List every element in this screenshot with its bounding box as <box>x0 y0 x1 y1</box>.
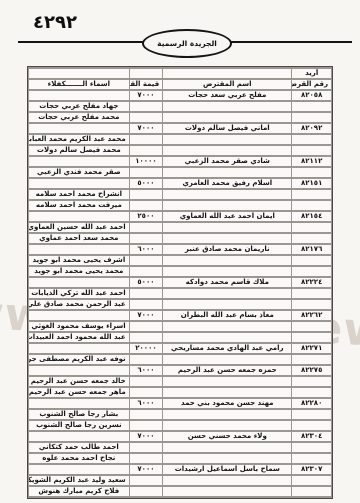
guarantor-row: فلاح كريم مبارك هنوش <box>29 487 331 496</box>
guarantor-name-cell: احمد عبد الله تركي الذيابات <box>29 289 129 298</box>
guarantor-row: احمد طالب حمد كتكاني <box>29 443 331 452</box>
guarantor-name-cell <box>29 157 129 166</box>
loan-amount-cell: ٢٠٠٠٠ <box>130 344 163 353</box>
loan-number-cell <box>292 113 331 122</box>
loan-number-cell <box>292 487 331 496</box>
loan-amount-cell: ٦٠٠٠ <box>130 366 163 375</box>
loan-amount-cell: ٧٠٠٠ <box>130 311 163 320</box>
loan-amount-cell <box>130 146 163 155</box>
guarantor-row: نجاح احمد محمد علوه <box>29 454 331 463</box>
loan-amount-cell <box>130 289 163 298</box>
guarantor-name-cell: صقر محمد فندي الزعبي <box>29 168 129 177</box>
loan-amount-cell <box>130 102 163 111</box>
header-row: رقم القرض اسم المقترض قيمة القرض اسماء ا… <box>29 80 331 89</box>
guarantor-name-cell: عبد الرحمن محمد صادق علي الشرع <box>29 300 129 309</box>
loan-number-cell <box>292 454 331 463</box>
guarantor-name-cell: محمد فيصل سالم دولات <box>29 146 129 155</box>
guarantor-row: عبد الله محمود احمد العبيدات <box>29 333 331 342</box>
gazette-banner-oval: الجريدة الرسمية <box>142 29 232 58</box>
guarantor-row: ماهر جمعه حسن عبد الرحيم <box>29 388 331 397</box>
guarantor-row: محمد فيصل سالم دولات <box>29 146 331 155</box>
borrower-name-cell: ولاء محمد حسني حسن <box>163 432 291 441</box>
loan-number-cell <box>292 190 331 199</box>
guarantor-name-cell: محمد عبد الكريم محمد العبابنه <box>29 135 129 144</box>
guarantor-name-cell: اسراء يوسف محمود الغوثي <box>29 322 129 331</box>
guarantor-row: نسرين رجا صالح الشنوب <box>29 421 331 430</box>
guarantor-name-cell: نوفه عبد الكريم مصطفى جرادات <box>29 355 129 364</box>
loan-amount-cell <box>130 256 163 265</box>
loan-amount-cell <box>130 355 163 364</box>
guarantor-name-cell <box>29 278 129 287</box>
guarantor-row: احمد عبد الله حسين العماوي <box>29 223 331 232</box>
loan-amount-cell <box>130 300 163 309</box>
borrower-name-cell <box>163 300 291 309</box>
borrower-name-cell <box>163 234 291 243</box>
loan-amount-cell <box>130 377 163 386</box>
borrower-name-cell <box>163 190 291 199</box>
corner-label-cell: أريد <box>292 69 331 78</box>
loan-amount-cell <box>130 410 163 419</box>
borrower-name-cell: رامي عبد الهادي محمد مساريحي <box>163 344 291 353</box>
loan-amount-cell <box>130 476 163 485</box>
empty-cell <box>130 69 163 78</box>
loan-number-cell: ٨٢١٥٤ <box>292 212 331 221</box>
loan-number-cell <box>292 146 331 155</box>
guarantor-name-cell: انشراح محمد احمد سلامه <box>29 190 129 199</box>
guarantor-name-cell <box>29 212 129 221</box>
guarantor-name-cell: خالد جمعه حسن عبد الرحيم <box>29 377 129 386</box>
guarantor-name-cell <box>29 179 129 188</box>
guarantor-name-cell: محمد يحيى محمد ابو جويد <box>29 267 129 276</box>
borrower-name-cell: اسلام رفيق محمد العامري <box>163 179 291 188</box>
loan-amount-cell <box>130 267 163 276</box>
loan-number-cell <box>292 289 331 298</box>
guarantor-name-cell <box>29 91 129 100</box>
borrower-name-cell <box>163 168 291 177</box>
loan-number-cell: ٨٢٢٧٥ <box>292 366 331 375</box>
loan-number-cell <box>292 322 331 331</box>
loan-row: ٨٢٢٧١رامي عبد الهادي محمد مساريحي٢٠٠٠٠ <box>29 344 331 353</box>
loan-number-cell <box>292 421 331 430</box>
borrower-name-cell: ناريمان محمد صادق عنبر <box>163 245 291 254</box>
loan-amount-cell <box>130 168 163 177</box>
guarantor-row: بشار رجا صالح الشنوب <box>29 410 331 419</box>
loan-number-cell <box>292 476 331 485</box>
loan-number-cell: ٨٢٢٦٢ <box>292 311 331 320</box>
loan-row: ٨٢٢٢٤ملاك قاسم محمد دوادكه٥٠٠٠ <box>29 278 331 287</box>
loan-amount-cell <box>130 234 163 243</box>
guarantor-row: اسراء يوسف محمود الغوثي <box>29 322 331 331</box>
guarantor-row: عبد الرحمن محمد صادق علي الشرع <box>29 300 331 309</box>
guarantor-name-cell: ميرفت محمد احمد سلامه <box>29 201 129 210</box>
loan-amount-cell <box>130 388 163 397</box>
loan-row: ٨٢٢٦٢معاذ بسام عبد الله البطران٧٠٠٠ <box>29 311 331 320</box>
loan-number-cell: ٨٢٣٠٧ <box>292 465 331 474</box>
borrower-name-cell <box>163 377 291 386</box>
borrower-name-cell <box>163 333 291 342</box>
loan-amount-cell: ٧٠٠٠ <box>130 432 163 441</box>
loan-number-cell <box>292 234 331 243</box>
loans-table: أريد رقم القرض اسم المقترض قيمة القرض اس… <box>27 66 333 499</box>
guarantor-name-cell: بشار رجا صالح الشنوب <box>29 410 129 419</box>
loan-number-cell: ٨٢٢٢٤ <box>292 278 331 287</box>
loan-amount-cell: ٧٠٠٠ <box>130 91 163 100</box>
borrower-name-cell: ملاك قاسم محمد دوادكه <box>163 278 291 287</box>
loan-number-cell <box>292 135 331 144</box>
borrower-name-cell <box>163 476 291 485</box>
guarantor-name-cell: ماهر جمعه حسن عبد الرحيم <box>29 388 129 397</box>
guarantor-row: ميرفت محمد احمد سلامه <box>29 201 331 210</box>
borrower-name-cell <box>163 487 291 496</box>
guarantor-row: محمد سعد احمد عماوي <box>29 234 331 243</box>
guarantor-name-cell <box>29 399 129 408</box>
guarantor-name-cell <box>29 311 129 320</box>
loan-amount-cell: ٥٠٠٠ <box>130 278 163 287</box>
gazette-page: www.sarayanews.com ٤٢٩٢ الجريدة الرسمية … <box>0 0 360 503</box>
empty-cell <box>163 69 291 78</box>
borrower-name-cell <box>163 135 291 144</box>
guarantor-name-cell: احمد طالب حمد كتكاني <box>29 443 129 452</box>
loan-number-cell: ٨٢٠٩٢ <box>292 124 331 133</box>
guarantor-name-cell: محمد مفلح عربي حجات <box>29 113 129 122</box>
loan-number-cell <box>292 443 331 452</box>
loan-number-cell: ٨٢٢٨٠ <box>292 399 331 408</box>
loan-number-cell: ٨٢٠٥٨ <box>292 91 331 100</box>
loan-number-cell <box>292 333 331 342</box>
loan-amount-cell <box>130 454 163 463</box>
loan-amount-cell <box>130 113 163 122</box>
guarantor-name-cell: عبد الله محمود احمد العبيدات <box>29 333 129 342</box>
guarantor-row: نوفه عبد الكريم مصطفى جرادات <box>29 355 331 364</box>
guarantor-name-cell <box>29 124 129 133</box>
loan-amount-cell <box>130 487 163 496</box>
loan-number-cell <box>292 201 331 210</box>
borrower-name-cell: مفلح عربي سعد حجات <box>163 91 291 100</box>
loan-number-cell: ٨٢١١٢ <box>292 157 331 166</box>
borrower-name-cell <box>163 454 291 463</box>
loan-number-cell: ٨٢١٥١ <box>292 179 331 188</box>
guarantor-row: سعيد وليد عبد الكريم الشويكي <box>29 476 331 485</box>
page-number: ٤٢٩٢ <box>33 12 77 33</box>
loan-row: ٨٢٢٨٠مهند حسن محمود بني حمد٦٠٠٠ <box>29 399 331 408</box>
loan-row: ٨٢٠٥٨مفلح عربي سعد حجات٧٠٠٠ <box>29 91 331 100</box>
loan-amount-cell: ٧٠٠٠ <box>130 124 163 133</box>
borrower-name-cell <box>163 289 291 298</box>
loan-number-cell <box>292 300 331 309</box>
guarantor-name-cell: محمد سعد احمد عماوي <box>29 234 129 243</box>
loan-number-cell <box>292 267 331 276</box>
gazette-title: الجريدة الرسمية <box>157 39 217 48</box>
loan-row: ٨٢٣٠٧سماح باسل اسماعيل ارشيدات٧٠٠٠ <box>29 465 331 474</box>
borrower-name-cell <box>163 443 291 452</box>
guarantor-row: خالد جمعه حسن عبد الرحيم <box>29 377 331 386</box>
loan-number-cell <box>292 388 331 397</box>
loan-row: ٨٢١٧٦ناريمان محمد صادق عنبر٦٠٠٠ <box>29 245 331 254</box>
loan-number-cell <box>292 410 331 419</box>
loan-number-cell <box>292 223 331 232</box>
guarantor-row: اشرف يحيى محمد ابو جويد <box>29 256 331 265</box>
corner-row: أريد <box>29 69 331 78</box>
loan-row: ٨٢١٥١اسلام رفيق محمد العامري٥٠٠٠ <box>29 179 331 188</box>
borrower-name-cell: ايمان احمد عبد الله العماوي <box>163 212 291 221</box>
loan-amount-cell: ٢٥٠٠ <box>130 212 163 221</box>
loan-row: ٨٢٢٧٥حمزه جمعه حسن عبد الرحيم٦٠٠٠ <box>29 366 331 375</box>
loan-amount-cell <box>130 223 163 232</box>
loan-amount-cell <box>130 201 163 210</box>
guarantor-name-cell: احمد عبد الله حسين العماوي <box>29 223 129 232</box>
header-guarantors: اسماء الـــــــكفلاء <box>29 80 129 89</box>
loan-number-cell <box>292 355 331 364</box>
header-loan-number: رقم القرض <box>292 80 331 89</box>
borrower-name-cell <box>163 388 291 397</box>
loan-amount-cell <box>130 443 163 452</box>
guarantor-name-cell: نسرين رجا صالح الشنوب <box>29 421 129 430</box>
guarantor-row: احمد عبد الله تركي الذيابات <box>29 289 331 298</box>
borrower-name-cell <box>163 102 291 111</box>
loans-table-body: ٨٢٠٥٨مفلح عربي سعد حجات٧٠٠٠جهاد مفلح عرب… <box>29 91 331 496</box>
empty-cell <box>29 69 129 78</box>
guarantor-row: انشراح محمد احمد سلامه <box>29 190 331 199</box>
loan-number-cell: ٨٢٢٧١ <box>292 344 331 353</box>
loan-amount-cell <box>130 421 163 430</box>
guarantor-name-cell: نجاح احمد محمد علوه <box>29 454 129 463</box>
guarantor-name-cell: سعيد وليد عبد الكريم الشويكي <box>29 476 129 485</box>
borrower-name-cell <box>163 421 291 430</box>
loan-number-cell <box>292 256 331 265</box>
guarantor-name-cell <box>29 245 129 254</box>
loan-amount-cell: ٦٠٠٠ <box>130 399 163 408</box>
borrower-name-cell: شادي صقر محمد الزعبي <box>163 157 291 166</box>
borrower-name-cell: اماني فيصل سالم دولات <box>163 124 291 133</box>
guarantor-name-cell <box>29 465 129 474</box>
loan-amount-cell: ٦٠٠٠ <box>130 245 163 254</box>
guarantor-row: جهاد مفلح عربي حجات <box>29 102 331 111</box>
loan-number-cell: ٨٢١٧٦ <box>292 245 331 254</box>
loan-number-cell <box>292 102 331 111</box>
loan-row: ٨٢١٥٤ايمان احمد عبد الله العماوي٢٥٠٠ <box>29 212 331 221</box>
borrower-name-cell <box>163 223 291 232</box>
loan-number-cell <box>292 168 331 177</box>
borrower-name-cell <box>163 355 291 364</box>
loan-number-cell: ٨٢٣٠٤ <box>292 432 331 441</box>
guarantor-name-cell <box>29 366 129 375</box>
borrower-name-cell <box>163 256 291 265</box>
loan-number-cell <box>292 377 331 386</box>
guarantor-name-cell <box>29 432 129 441</box>
loan-amount-cell: ١٠٠٠٠ <box>130 157 163 166</box>
guarantor-row: محمد مفلح عربي حجات <box>29 113 331 122</box>
loan-row: ٨٢٠٩٢اماني فيصل سالم دولات٧٠٠٠ <box>29 124 331 133</box>
borrower-name-cell <box>163 322 291 331</box>
guarantor-name-cell: اشرف يحيى محمد ابو جويد <box>29 256 129 265</box>
loan-row: ٨٢٣٠٤ولاء محمد حسني حسن٧٠٠٠ <box>29 432 331 441</box>
borrower-name-cell: حمزه جمعه حسن عبد الرحيم <box>163 366 291 375</box>
header-borrower: اسم المقترض <box>163 80 291 89</box>
borrower-name-cell <box>163 410 291 419</box>
guarantor-name-cell: جهاد مفلح عربي حجات <box>29 102 129 111</box>
borrower-name-cell <box>163 146 291 155</box>
loan-amount-cell <box>130 322 163 331</box>
guarantor-name-cell <box>29 344 129 353</box>
loan-amount-cell: ٥٠٠٠ <box>130 179 163 188</box>
loan-row: ٨٢١١٢شادي صقر محمد الزعبي١٠٠٠٠ <box>29 157 331 166</box>
loan-amount-cell <box>130 135 163 144</box>
loan-amount-cell: ٧٠٠٠ <box>130 465 163 474</box>
guarantor-row: محمد عبد الكريم محمد العبابنه <box>29 135 331 144</box>
loan-amount-cell <box>130 190 163 199</box>
borrower-name-cell: معاذ بسام عبد الله البطران <box>163 311 291 320</box>
borrower-name-cell: سماح باسل اسماعيل ارشيدات <box>163 465 291 474</box>
borrower-name-cell <box>163 267 291 276</box>
guarantor-row: صقر محمد فندي الزعبي <box>29 168 331 177</box>
header-amount: قيمة القرض <box>130 80 163 89</box>
guarantor-row: محمد يحيى محمد ابو جويد <box>29 267 331 276</box>
borrower-name-cell: مهند حسن محمود بني حمد <box>163 399 291 408</box>
borrower-name-cell <box>163 201 291 210</box>
borrower-name-cell <box>163 113 291 122</box>
loan-amount-cell <box>130 333 163 342</box>
guarantor-name-cell: فلاح كريم مبارك هنوش <box>29 487 129 496</box>
